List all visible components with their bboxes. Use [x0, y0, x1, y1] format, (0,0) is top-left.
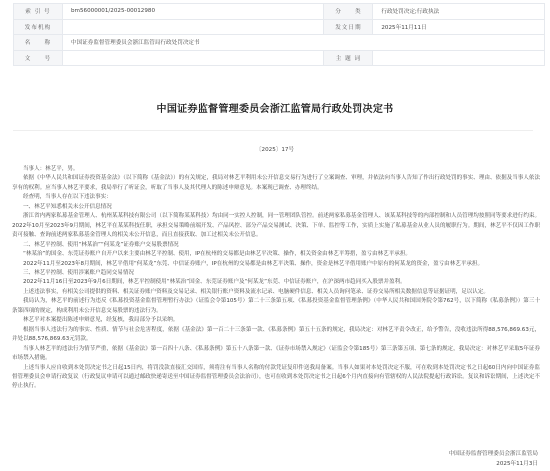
document-number: 〔2025〕17号: [0, 145, 550, 153]
paragraph: 2022年11月至2023年8月期间，林艺平借用“何某龙”东莞、中信证券账户，I…: [12, 260, 540, 269]
issuer-value: [62, 19, 323, 35]
meta-row-issuer: 发布机构 发文日期 2025年11月11日: [14, 19, 545, 35]
paragraph: 根据当事人违法行为的事实、性质、情节与社会危害程度，依据《基金法》第一百二十三条…: [12, 326, 540, 345]
name-value: 中国证券监督管理委员会浙江监管局行政处罚决定书: [62, 35, 544, 51]
meta-row-name: 名 称 中国证券监督管理委员会浙江监管局行政处罚决定书: [14, 35, 545, 51]
date-label: 发文日期: [324, 19, 373, 35]
title-divider: [13, 130, 533, 131]
paragraph: 浙江省内两家私募基金管理人、杭州某某科技有限公司（以下简称某某科技）均由同一实控…: [12, 212, 540, 240]
category-label: 分 类: [324, 4, 373, 20]
keywords-value: [373, 50, 545, 66]
signature-date: 2025年11月3日: [448, 460, 538, 470]
section-heading: 三、林艺平控制、使用涉案账户趋同交易情况: [12, 269, 540, 278]
document-body: 当事人：林艺平，男。 依据《中华人民共和国证券投资基金法》（以下简称《基金法》）…: [12, 165, 540, 392]
meta-row-docno: 文 号 主 题 词: [14, 50, 545, 66]
category-value: 行政处罚决定;行政执法: [373, 4, 545, 20]
paragraph: “林某治”的国金、东莞证券账户自开户以来主要由林艺平控制、使用，IP在杭州的交易…: [12, 250, 540, 259]
index-label: 索 引 号: [14, 4, 63, 20]
paragraph: 当事人：林艺平，男。: [12, 165, 540, 174]
date-value: 2025年11月11日: [373, 19, 545, 35]
signature-block: 中国证券监督管理委员会浙江监管局 2025年11月3日: [448, 450, 538, 469]
paragraph: 经查明，当事人存在以下违法事实：: [12, 193, 540, 202]
section-heading: 二、林艺平控制、使用“林某治”“何某龙”证券账户交易股票情况: [12, 241, 540, 250]
docno-label: 文 号: [14, 50, 63, 66]
paragraph: 林艺平对本案提出陈述申辩意见，经复核，我局部分予以采纳。: [12, 316, 540, 325]
meta-row-index: 索 引 号 bm56000001/2025-00012980 分 类 行政处罚决…: [14, 4, 545, 20]
name-label: 名 称: [14, 35, 63, 51]
paragraph: 上述当事人应自收到本处罚决定书之日起15日内，将罚没款直接汇交国库，须将注有当事…: [12, 364, 540, 392]
paragraph: 当事人林艺平的违法行为情节严重，依据《基金法》第一百四十八条、《私募条例》第五十…: [12, 345, 540, 364]
paragraph: 2022年11月16日至2023年9月6日期间，林艺平控制使用“林某治”国金、东…: [12, 278, 540, 287]
document-title: 中国证券监督管理委员会浙江监管局行政处罚决定书: [0, 100, 550, 115]
document-meta-table: 索 引 号 bm56000001/2025-00012980 分 类 行政处罚决…: [13, 3, 545, 66]
paragraph: 依据《中华人民共和国证券投资基金法》（以下简称《基金法》）的有关规定，我局对林艺…: [12, 174, 540, 193]
issuer-label: 发布机构: [14, 19, 63, 35]
paragraph: 我局认为，林艺平的前述行为违反《私募投资基金监督管理暂行办法》（证监会令第105…: [12, 297, 540, 316]
paragraph: 上述违法事实，有相关公司提供的资料、相关证券账户资料及交易记录、相关银行账户资料…: [12, 288, 540, 297]
keywords-label: 主 题 词: [324, 50, 373, 66]
signature-org: 中国证券监督管理委员会浙江监管局: [448, 450, 538, 460]
section-heading: 一、林艺平知悉相关未公开信息情况: [12, 203, 540, 212]
index-value: bm56000001/2025-00012980: [62, 4, 323, 20]
docno-value: [62, 50, 323, 66]
